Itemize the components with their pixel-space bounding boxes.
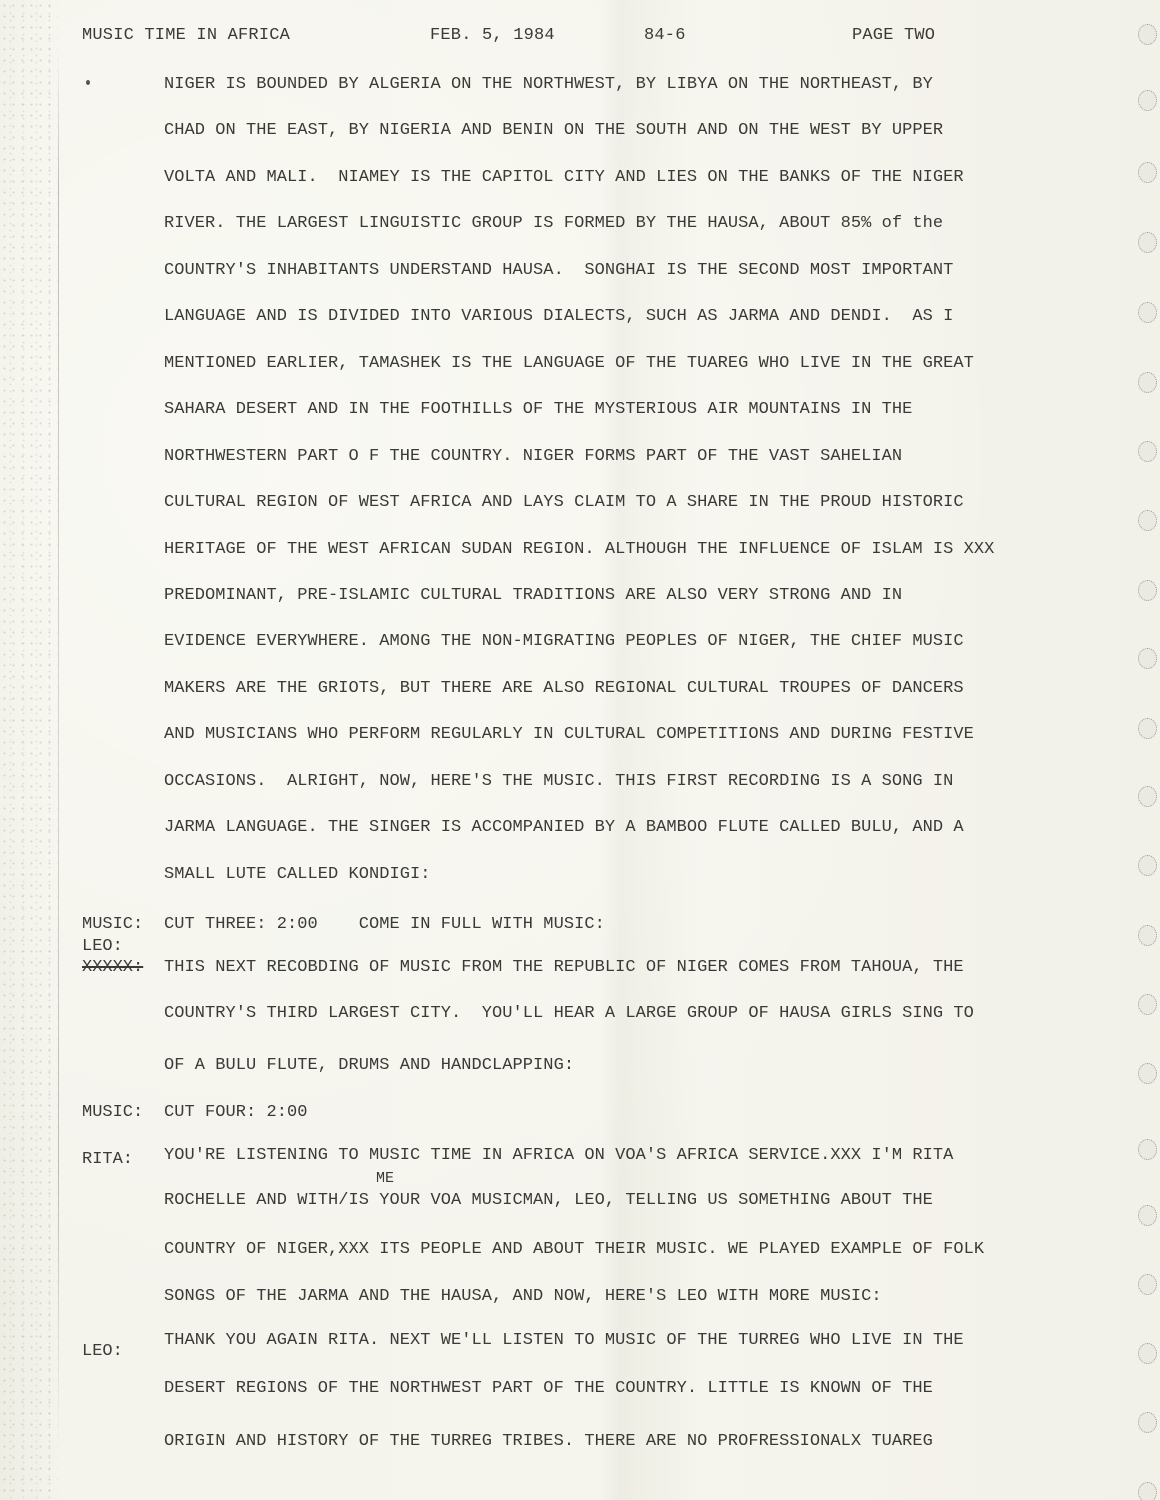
stray-ink-mark <box>86 80 90 85</box>
page-header: MUSIC TIME IN AFRICA FEB. 5, 1984 84-6 P… <box>82 26 982 50</box>
binder-hole-icon <box>1138 510 1157 531</box>
text-line: OF A BULU FLUTE, DRUMS AND HANDCLAPPING: <box>164 1056 574 1076</box>
text-line: OCCASIONS. ALRIGHT, NOW, HERE'S THE MUSI… <box>164 772 953 792</box>
text-line: EVIDENCE EVERYWHERE. AMONG THE NON-MIGRA… <box>164 632 964 652</box>
text-line: DESERT REGIONS OF THE NORTHWEST PART OF … <box>164 1379 933 1399</box>
binder-hole-icon <box>1138 925 1157 946</box>
text-line: SMALL LUTE CALLED KONDIGI: <box>164 865 431 885</box>
text-line: YOU'RE LISTENING TO MUSIC TIME IN AFRICA… <box>164 1146 953 1166</box>
binder-hole-icon <box>1138 90 1157 111</box>
binder-hole-icon <box>1138 1205 1157 1226</box>
binder-hole-icon <box>1138 648 1157 669</box>
text-line: CHAD ON THE EAST, BY NIGERIA AND BENIN O… <box>164 121 943 141</box>
text-line: MENTIONED EARLIER, TAMASHEK IS THE LANGU… <box>164 354 974 374</box>
binder-hole-icon <box>1138 441 1157 462</box>
speaker-label: LEO: <box>82 1342 123 1362</box>
binder-hole-icon <box>1138 1274 1157 1295</box>
cue-label: MUSIC: <box>82 1103 143 1123</box>
document-page: MUSIC TIME IN AFRICA FEB. 5, 1984 84-6 P… <box>0 0 1160 1500</box>
speaker-label: LEO: <box>82 937 123 957</box>
text-line: VOLTA AND MALI. NIAMEY IS THE CAPITOL CI… <box>164 168 964 188</box>
text-line: SAHARA DESERT AND IN THE FOOTHILLS OF TH… <box>164 400 912 420</box>
binder-hole-icon <box>1138 580 1157 601</box>
broadcast-date: FEB. 5, 1984 <box>430 26 555 45</box>
text-line: ORIGIN AND HISTORY OF THE TURREG TRIBES.… <box>164 1432 933 1452</box>
cue-text: CUT FOUR: 2:00 <box>164 1103 308 1123</box>
struck-speaker-label: XXXXX: <box>82 958 143 978</box>
text-line: RIVER. THE LARGEST LINGUISTIC GROUP IS F… <box>164 214 943 234</box>
text-line: THANK YOU AGAIN RITA. NEXT WE'LL LISTEN … <box>164 1331 964 1351</box>
text-line: HERITAGE OF THE WEST AFRICAN SUDAN REGIO… <box>164 540 994 560</box>
binder-hole-icon <box>1138 1343 1157 1364</box>
text-line: NIGER IS BOUNDED BY ALGERIA ON THE NORTH… <box>164 75 933 95</box>
text-line: COUNTRY'S THIRD LARGEST CITY. YOU'LL HEA… <box>164 1004 974 1024</box>
binder-hole-icon <box>1138 1063 1157 1084</box>
program-title: MUSIC TIME IN AFRICA <box>82 26 290 45</box>
photocopy-speckle-edge <box>0 0 58 1500</box>
text-line: CULTURAL REGION OF WEST AFRICA AND LAYS … <box>164 493 964 513</box>
text-line: MAKERS ARE THE GRIOTS, BUT THERE ARE ALS… <box>164 679 964 699</box>
text-line: COUNTRY'S INHABITANTS UNDERSTAND HAUSA. … <box>164 261 953 281</box>
text-line: JARMA LANGUAGE. THE SINGER IS ACCOMPANIE… <box>164 818 964 838</box>
binder-hole-icon <box>1138 1482 1157 1500</box>
text-line: THIS NEXT RECOBDING OF MUSIC FROM THE RE… <box>164 958 964 978</box>
binder-hole-icon <box>1138 786 1157 807</box>
cue-label: MUSIC: <box>82 915 143 935</box>
binder-hole-icon <box>1138 1139 1157 1160</box>
text-line: PREDOMINANT, PRE-ISLAMIC CULTURAL TRADIT… <box>164 586 902 606</box>
page-edge-line <box>58 50 59 1450</box>
binder-hole-icon <box>1138 372 1157 393</box>
episode-number: 84-6 <box>644 26 686 45</box>
binder-hole-icon <box>1138 994 1157 1015</box>
text-line: NORTHWESTERN PART O F THE COUNTRY. NIGER… <box>164 447 902 467</box>
binder-hole-icon <box>1138 1412 1157 1433</box>
binder-hole-icon <box>1138 302 1157 323</box>
text-line: LANGUAGE AND IS DIVIDED INTO VARIOUS DIA… <box>164 307 953 327</box>
text-line: SONGS OF THE JARMA AND THE HAUSA, AND NO… <box>164 1287 882 1307</box>
binder-hole-icon <box>1138 232 1157 253</box>
cue-text: CUT THREE: 2:00 COME IN FULL WITH MUSIC: <box>164 915 605 935</box>
handwritten-insertion: ME <box>376 1170 394 1187</box>
binder-hole-icon <box>1138 24 1157 45</box>
speaker-label: RITA: <box>82 1150 133 1170</box>
text-line: COUNTRY OF NIGER,XXX ITS PEOPLE AND ABOU… <box>164 1240 984 1260</box>
binder-hole-icon <box>1138 855 1157 876</box>
binder-hole-icon <box>1138 718 1157 739</box>
binder-hole-icon <box>1138 162 1157 183</box>
text-line: ROCHELLE AND WITH/IS YOUR VOA MUSICMAN, … <box>164 1191 933 1211</box>
text-line: AND MUSICIANS WHO PERFORM REGULARLY IN C… <box>164 725 974 745</box>
page-number: PAGE TWO <box>852 26 935 45</box>
